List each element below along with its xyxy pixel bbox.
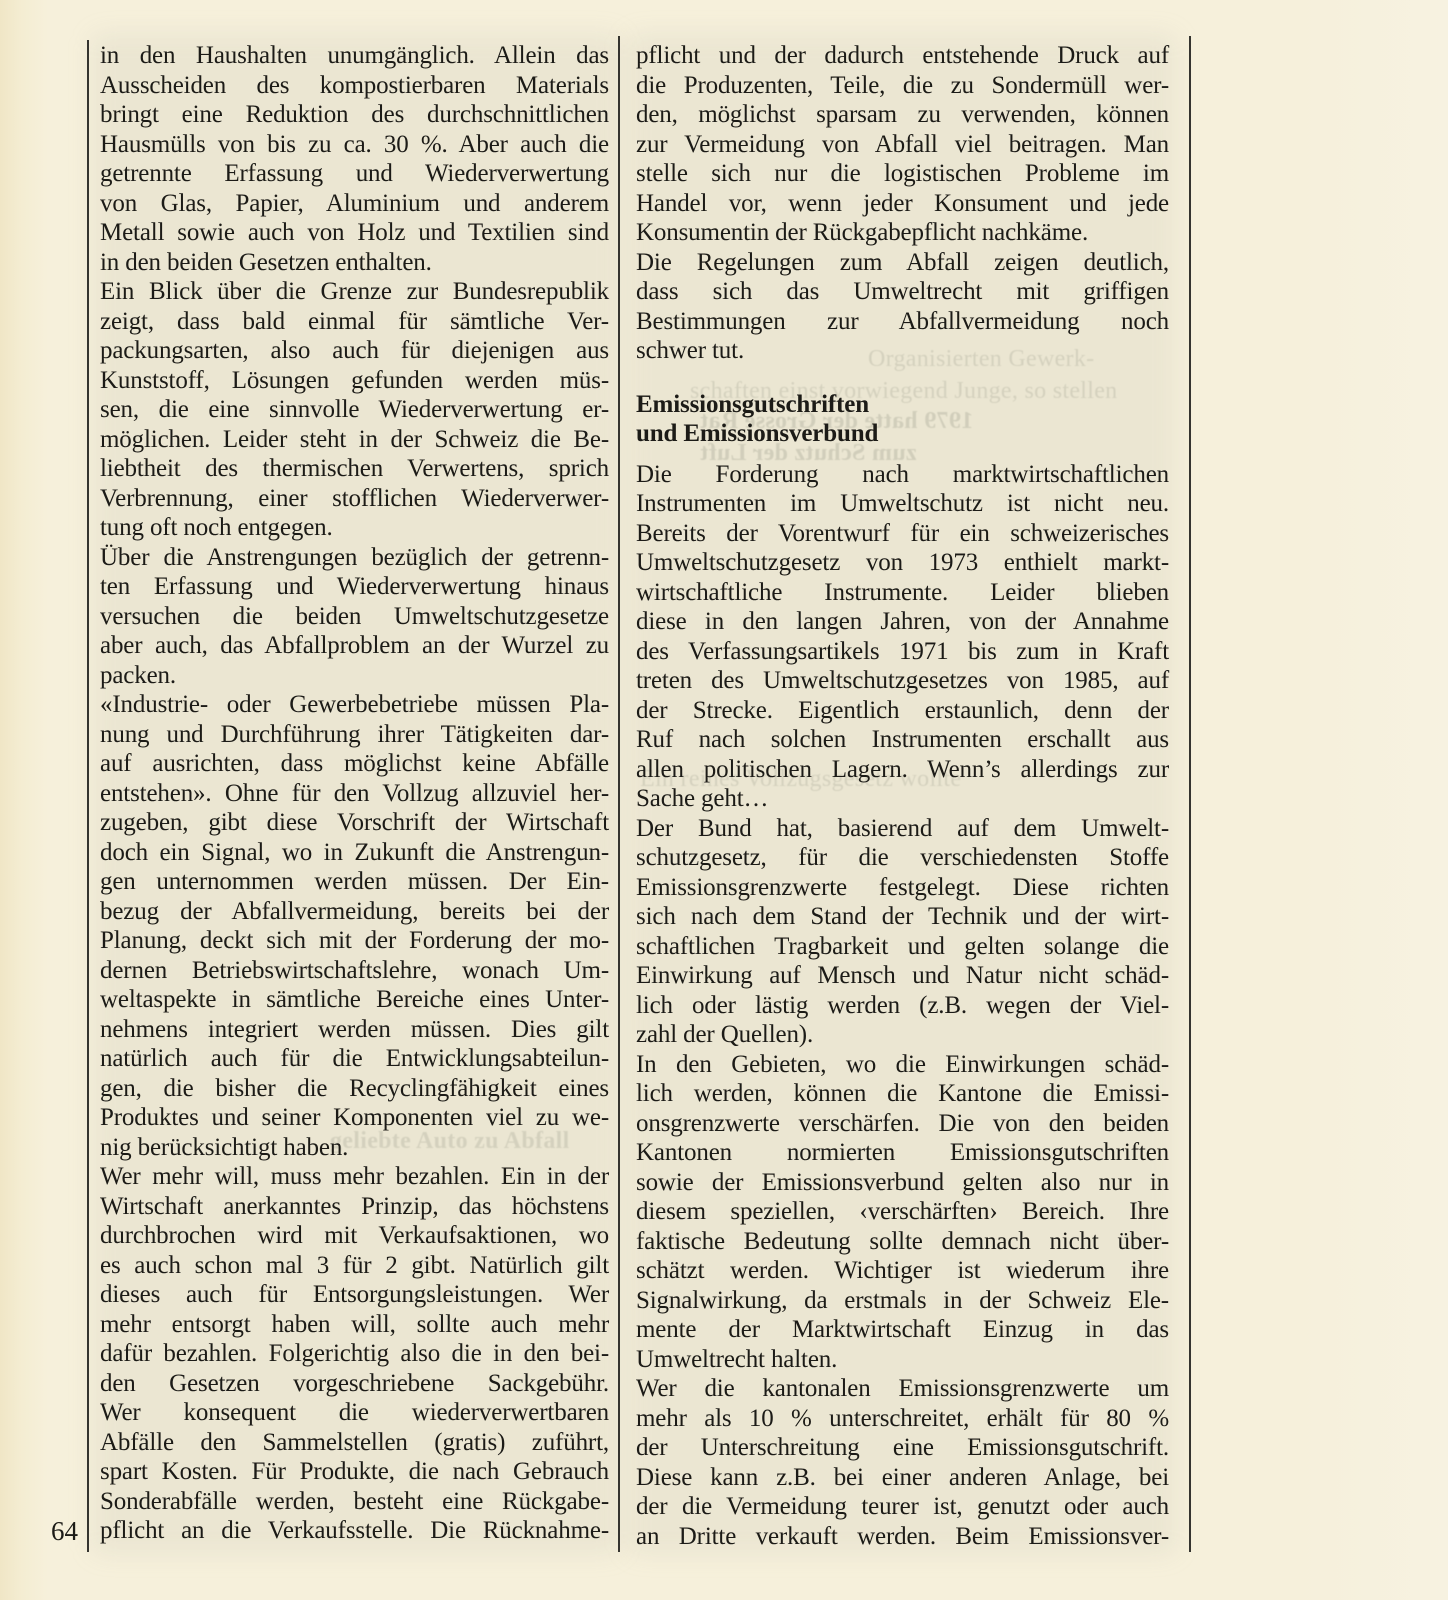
text-line: diese in den langen Jahren, von der Anna… (636, 607, 1169, 637)
text-line: liebtheit des thermischen Verwertens, sp… (100, 454, 609, 484)
text-line: nung und Durchführung ihrer Tätigkeiten … (100, 720, 609, 750)
text-line: Wer mehr will, muss mehr bezahlen. Ein i… (100, 1162, 609, 1192)
text-line: Produktes und seiner Komponenten viel zu… (100, 1103, 609, 1133)
text-line: zugeben, gibt diese Vorschrift der Wirts… (100, 808, 609, 838)
text-line: Metall sowie auch von Holz und Textilien… (100, 218, 609, 248)
text-line: der Strecke. Eigentlich erstaunlich, den… (636, 696, 1169, 726)
text-line: Umweltrecht halten. (636, 1345, 1169, 1375)
text-line: Emissionsgrenzwerte festgelegt. Diese ri… (636, 873, 1169, 903)
paragraph: Über die Anstrengungen bezüglich der get… (100, 543, 609, 691)
text-line: durchbrochen wird mit Verkaufsaktionen, … (100, 1221, 609, 1251)
paragraph: Die Forderung nach marktwirtschaftlichen… (636, 460, 1169, 814)
text-line: tung oft noch entgegen. (100, 513, 609, 543)
heading-line: und Emissionsverbund (636, 419, 1169, 449)
text-line: gen, die bisher die Recyclingfähigkeit e… (100, 1074, 609, 1104)
text-line: packen. (100, 661, 609, 691)
paragraph: Der Bund hat, basierend auf dem Umwelt-s… (636, 814, 1169, 1050)
text-line: dafür bezahlen. Folgerichtig also die in… (100, 1339, 609, 1369)
section-heading: Emissionsgutschriftenund Emissionsverbun… (636, 390, 1169, 449)
text-line: der die Vermeidung teurer ist, genutzt o… (636, 1492, 1169, 1522)
text-line: schätzt werden. Wichtiger ist wiederum i… (636, 1256, 1169, 1286)
right-margin-rule (1189, 36, 1191, 1552)
text-line: in den Haushalten unumgänglich. Allein d… (100, 41, 609, 71)
text-line: treten des Umweltschutzgesetzes von 1985… (636, 666, 1169, 696)
text-line: Handel vor, wenn jeder Konsument und jed… (636, 189, 1169, 219)
text-line: Abfälle den Sammelstellen (gratis) zufüh… (100, 1428, 609, 1458)
text-line: Kunststoff, Lösungen gefunden werden müs… (100, 366, 609, 396)
text-line: möglichen. Leider steht in der Schweiz d… (100, 425, 609, 455)
text-line: dass sich das Umweltrecht mit griffigen (636, 277, 1169, 307)
page-number: 64 (18, 1516, 78, 1547)
paragraph: «Industrie- oder Gewerbebetriebe müssen … (100, 690, 609, 1162)
column-divider-rule (618, 36, 620, 1552)
text-line: versuchen die beiden Umweltschutzgesetze (100, 602, 609, 632)
text-line: In den Gebieten, wo die Einwirkungen sch… (636, 1050, 1169, 1080)
text-line: auf ausrichten, dass möglichst keine Abf… (100, 749, 609, 779)
text-line: Diese kann z.B. bei einer anderen Anlage… (636, 1463, 1169, 1493)
text-line: dernen Betriebswirtschaftslehre, wonach … (100, 956, 609, 986)
text-line: getrennte Erfassung und Wiederverwertung (100, 159, 609, 189)
text-line: Wer die kantonalen Emissionsgrenzwerte u… (636, 1374, 1169, 1404)
text-line: von Glas, Papier, Aluminium und anderem (100, 189, 609, 219)
text-line: Der Bund hat, basierend auf dem Umwelt- (636, 814, 1169, 844)
text-line: entstehen». Ohne für den Vollzug allzuvi… (100, 779, 609, 809)
text-line: Wer konsequent die wiederverwertbaren (100, 1398, 609, 1428)
text-line: Umweltschutzgesetz von 1973 enthielt mar… (636, 548, 1169, 578)
text-line: Wirtschaft anerkanntes Prinzip, das höch… (100, 1192, 609, 1222)
text-line: bringt eine Reduktion des durchschnittli… (100, 100, 609, 130)
paragraph: Die Regelungen zum Abfall zeigen deutlic… (636, 248, 1169, 366)
text-line: Planung, deckt sich mit der Forderung de… (100, 926, 609, 956)
text-line: onsgrenzwerte verschärfen. Die von den b… (636, 1109, 1169, 1139)
text-line: den, möglichst sparsam zu verwenden, kön… (636, 100, 1169, 130)
heading-line: Emissionsgutschriften (636, 390, 1169, 420)
text-line: faktische Bedeutung sollte demnach nicht… (636, 1227, 1169, 1257)
paragraph: pflicht und der dadurch entstehende Druc… (636, 41, 1169, 248)
text-line: mehr als 10 % unterschreitet, erhält für… (636, 1404, 1169, 1434)
text-line: Sache geht… (636, 784, 1169, 814)
text-line: dieses auch für Entsorgungsleistungen. W… (100, 1280, 609, 1310)
text-line: spart Kosten. Für Produkte, die nach Geb… (100, 1457, 609, 1487)
text-line: diesem speziellen, ‹verschärften› Bereic… (636, 1197, 1169, 1227)
text-line: die Produzenten, Teile, die zu Sondermül… (636, 71, 1169, 101)
text-line: nig berücksichtigt haben. (100, 1133, 609, 1163)
text-line: gen unternommen werden müssen. Der Ein- (100, 867, 609, 897)
paragraph: Wer die kantonalen Emissionsgrenzwerte u… (636, 1374, 1169, 1551)
text-line: Die Regelungen zum Abfall zeigen deutlic… (636, 248, 1169, 278)
text-line: nehmens integriert werden müssen. Dies g… (100, 1015, 609, 1045)
text-line: pflicht und der dadurch entstehende Druc… (636, 41, 1169, 71)
text-line: sen, die eine sinnvolle Wiederverwertung… (100, 395, 609, 425)
text-line: natürlich auch für die Entwicklungsabtei… (100, 1044, 609, 1074)
text-line: allen politischen Lagern. Wenn’s allerdi… (636, 755, 1169, 785)
text-line: Instrumenten im Umweltschutz ist nicht n… (636, 489, 1169, 519)
text-line: Hausmülls von bis zu ca. 30 %. Aber auch… (100, 130, 609, 160)
text-line: weltaspekte in sämtliche Bereiche eines … (100, 985, 609, 1015)
text-line: Bestimmungen zur Abfallvermeidung noch (636, 307, 1169, 337)
text-line: zahl der Quellen). (636, 1020, 1169, 1050)
text-line: Ausscheiden des kompostierbaren Material… (100, 71, 609, 101)
text-line: wirtschaftliche Instrumente. Leider blie… (636, 578, 1169, 608)
text-line: Konsumentin der Rückgabepflicht nachkäme… (636, 218, 1169, 248)
paragraph: in den Haushalten unumgänglich. Allein d… (100, 41, 609, 277)
text-line: lich oder lästig werden (z.B. wegen der … (636, 991, 1169, 1021)
paragraph: In den Gebieten, wo die Einwirkungen sch… (636, 1050, 1169, 1375)
paragraph: Ein Blick über die Grenze zur Bundesrepu… (100, 277, 609, 543)
text-line: sowie der Emissionsverbund gelten also n… (636, 1168, 1169, 1198)
text-line: zeigt, dass bald einmal für sämtliche Ve… (100, 307, 609, 337)
text-line: stelle sich nur die logistischen Problem… (636, 159, 1169, 189)
text-line: sich nach dem Stand der Technik und der … (636, 902, 1169, 932)
left-text-column: in den Haushalten unumgänglich. Allein d… (100, 41, 609, 1546)
text-line: Einwirkung auf Mensch und Natur nicht sc… (636, 961, 1169, 991)
scanned-book-page: Organisierten Gewerk-schaften einst vorw… (0, 0, 1448, 1600)
text-line: pflicht an die Verkaufsstelle. Die Rückn… (100, 1516, 609, 1546)
paragraph: Wer mehr will, muss mehr bezahlen. Ein i… (100, 1162, 609, 1546)
text-line: den Gesetzen vorgeschriebene Sackgebühr. (100, 1369, 609, 1399)
text-line: aber auch, das Abfallproblem an der Wurz… (100, 631, 609, 661)
text-line: Ein Blick über die Grenze zur Bundesrepu… (100, 277, 609, 307)
text-line: lich werden, können die Kantone die Emis… (636, 1079, 1169, 1109)
text-line: zur Vermeidung von Abfall viel beitragen… (636, 130, 1169, 160)
text-line: Sonderabfälle werden, besteht eine Rückg… (100, 1487, 609, 1517)
text-line: in den beiden Gesetzen enthalten. (100, 248, 609, 278)
right-text-column: pflicht und der dadurch entstehende Druc… (636, 41, 1169, 1551)
text-line: mente der Marktwirtschaft Einzug in das (636, 1315, 1169, 1345)
text-line: doch ein Signal, wo in Zukunft die Anstr… (100, 838, 609, 868)
left-margin-rule (87, 40, 89, 1552)
text-line: an Dritte verkauft werden. Beim Emission… (636, 1522, 1169, 1552)
text-line: bezug der Abfallvermeidung, bereits bei … (100, 897, 609, 927)
text-line: des Verfassungsartikels 1971 bis zum in … (636, 637, 1169, 667)
text-line: Bereits der Vorentwurf für ein schweizer… (636, 519, 1169, 549)
text-line: Kantonen normierten Emissionsgutschrifte… (636, 1138, 1169, 1168)
text-line: schutzgesetz, für die verschiedensten St… (636, 843, 1169, 873)
text-line: ten Erfassung und Wiederverwertung hinau… (100, 572, 609, 602)
text-line: schaftlichen Tragbarkeit und gelten sola… (636, 932, 1169, 962)
text-line: es auch schon mal 3 für 2 gibt. Natürlic… (100, 1251, 609, 1281)
text-line: Signalwirkung, da erstmals in der Schwei… (636, 1286, 1169, 1316)
text-line: Die Forderung nach marktwirtschaftlichen (636, 460, 1169, 490)
text-line: der Unterschreitung eine Emissionsgutsch… (636, 1433, 1169, 1463)
text-line: schwer tut. (636, 336, 1169, 366)
text-line: «Industrie- oder Gewerbebetriebe müssen … (100, 690, 609, 720)
text-line: packungsarten, also auch für diejenigen … (100, 336, 609, 366)
text-line: Über die Anstrengungen bezüglich der get… (100, 543, 609, 573)
text-line: mehr entsorgt haben will, sollte auch me… (100, 1310, 609, 1340)
text-line: Verbrennung, einer stofflichen Wiederver… (100, 484, 609, 514)
text-line: Ruf nach solchen Instrumenten erschallt … (636, 725, 1169, 755)
